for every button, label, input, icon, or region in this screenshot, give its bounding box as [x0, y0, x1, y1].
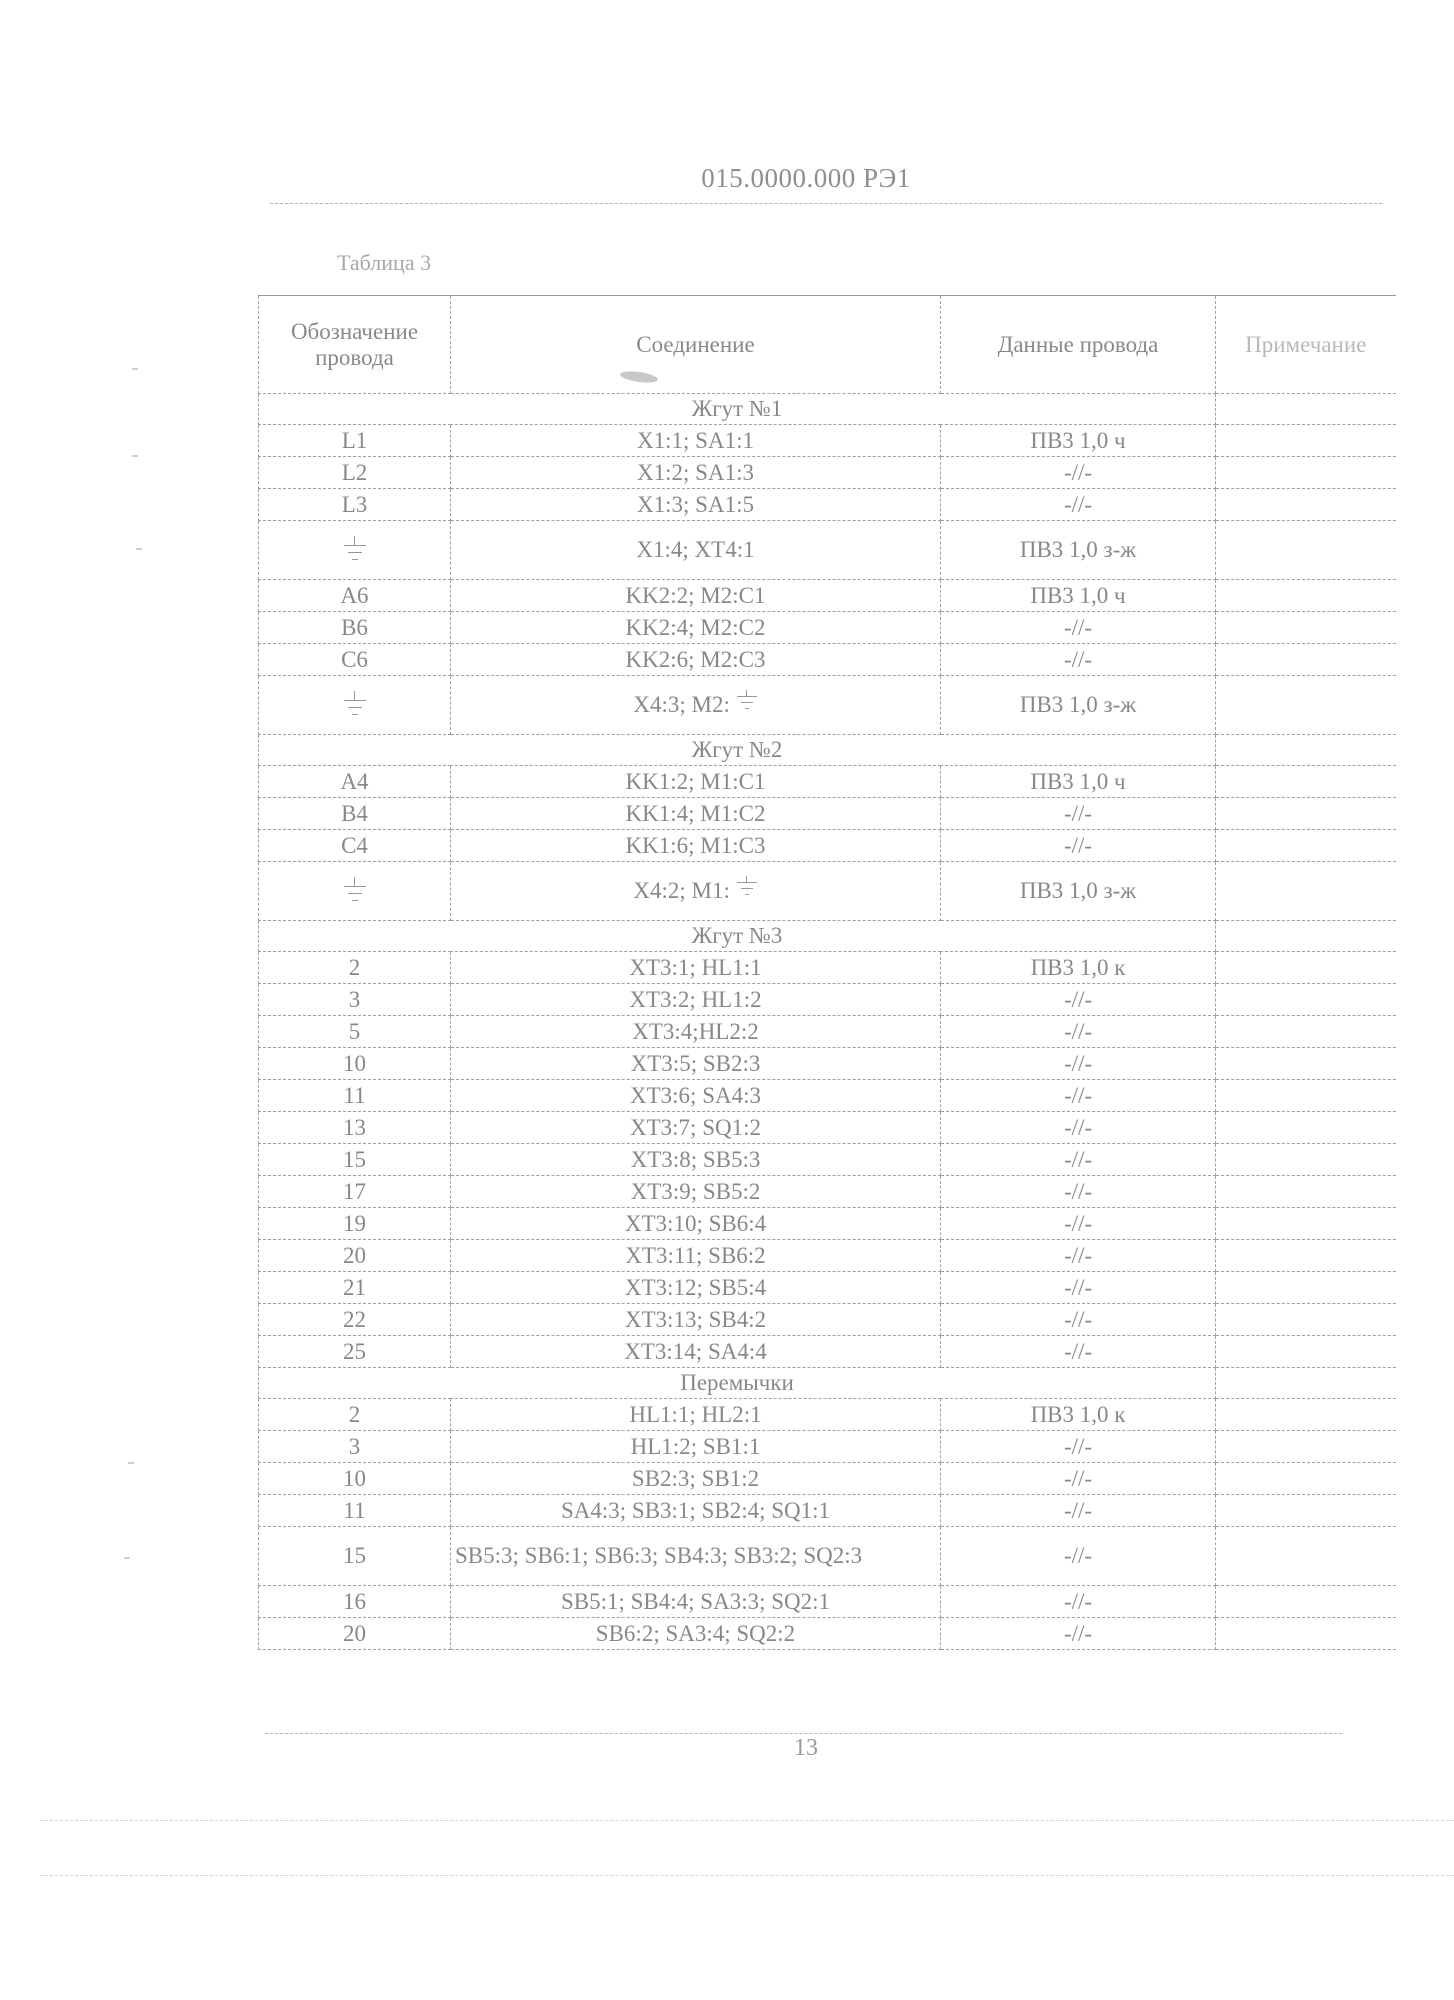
group-title: Перемычки: [259, 1368, 1216, 1399]
table-row: B6KK2:4; M2:C2-//-: [259, 612, 1396, 644]
column-header-connection: Соединение: [451, 296, 941, 394]
note-cell: [1216, 489, 1396, 521]
wire-data-cell: -//-: [941, 1463, 1216, 1495]
connection-cell: XT3:9; SB5:2: [451, 1176, 941, 1208]
table-row: 3HL1:2; SB1:1-//-: [259, 1431, 1396, 1463]
table-row: X4:3; M2: ПВ3 1,0 з-ж: [259, 676, 1396, 735]
connection-cell: KK2:2; M2:C1: [451, 580, 941, 612]
ground-icon: [736, 876, 758, 898]
note-cell: [1216, 862, 1396, 921]
wire-data-cell: -//-: [941, 830, 1216, 862]
connection-cell: KK1:4; M1:C2: [451, 798, 941, 830]
designation-cell: 11: [259, 1495, 451, 1527]
designation-cell: 11: [259, 1080, 451, 1112]
wire-data-cell: -//-: [941, 1208, 1216, 1240]
designation-cell: 10: [259, 1463, 451, 1495]
table-row: L1X1:1; SA1:1ПВ3 1,0 ч: [259, 425, 1396, 457]
wire-data-cell: -//-: [941, 612, 1216, 644]
designation-cell: 16: [259, 1586, 451, 1618]
designation-cell: 17: [259, 1176, 451, 1208]
table-row: 21XT3:12; SB5:4-//-: [259, 1272, 1396, 1304]
table-row: C6KK2:6; M2:C3-//-: [259, 644, 1396, 676]
connection-text: X4:3; M2:: [633, 692, 729, 717]
table-row: B4KK1:4; M1:C2-//-: [259, 798, 1396, 830]
table-row: 10XT3:5; SB2:3-//-: [259, 1048, 1396, 1080]
note-cell: [1216, 644, 1396, 676]
table-row: X1:4; XT4:1ПВ3 1,0 з-ж: [259, 521, 1396, 580]
note-cell: [1216, 1016, 1396, 1048]
designation-cell: 3: [259, 984, 451, 1016]
note-cell: [1216, 1527, 1396, 1586]
note-cell: [1216, 1431, 1396, 1463]
designation-cell: 20: [259, 1240, 451, 1272]
note-cell: [1216, 921, 1396, 952]
note-cell: [1216, 1495, 1396, 1527]
wire-data-cell: -//-: [941, 457, 1216, 489]
wire-data-cell: ПВ3 1,0 ч: [941, 425, 1216, 457]
connection-cell: XT3:10; SB6:4: [451, 1208, 941, 1240]
margin-mark: [128, 1462, 134, 1464]
table-row: 10SB2:3; SB1:2-//-: [259, 1463, 1396, 1495]
designation-cell: C6: [259, 644, 451, 676]
note-cell: [1216, 1463, 1396, 1495]
column-header-wire-data: Данные провода: [941, 296, 1216, 394]
table-row: 2XT3:1; HL1:1ПВ3 1,0 к: [259, 952, 1396, 984]
wire-data-cell: -//-: [941, 798, 1216, 830]
connection-cell: XT3:1; HL1:1: [451, 952, 941, 984]
scan-line: [40, 1820, 1454, 1821]
wire-data-cell: -//-: [941, 1336, 1216, 1368]
ground-icon: [736, 690, 758, 712]
margin-mark: [124, 1557, 130, 1559]
table-body: Жгут №1L1X1:1; SA1:1ПВ3 1,0 чL2X1:2; SA1…: [259, 394, 1396, 1650]
wire-connection-table: Обозначение провода Соединение Данные пр…: [258, 295, 1396, 1650]
connection-cell: SB5:3; SB6:1; SB6:3; SB4:3; SB3:2; SQ2:3: [451, 1527, 941, 1586]
table-row: 11SA4:3; SB3:1; SB2:4; SQ1:1-//-: [259, 1495, 1396, 1527]
group-title: Жгут №1: [259, 394, 1216, 425]
wire-data-cell: -//-: [941, 1112, 1216, 1144]
note-cell: [1216, 1048, 1396, 1080]
designation-cell: C4: [259, 830, 451, 862]
connection-cell: HL1:2; SB1:1: [451, 1431, 941, 1463]
column-header-note: Примечание: [1216, 296, 1396, 394]
connection-cell: XT3:4;HL2:2: [451, 1016, 941, 1048]
connection-cell: XT3:14; SA4:4: [451, 1336, 941, 1368]
table-row: L2X1:2; SA1:3-//-: [259, 457, 1396, 489]
column-header-designation: Обозначение провода: [259, 296, 451, 394]
designation-cell: 22: [259, 1304, 451, 1336]
connection-cell: XT3:5; SB2:3: [451, 1048, 941, 1080]
connection-cell: SB6:2; SA3:4; SQ2:2: [451, 1618, 941, 1650]
table-row: 15XT3:8; SB5:3-//-: [259, 1144, 1396, 1176]
connection-cell: XT3:2; HL1:2: [451, 984, 941, 1016]
wire-data-cell: ПВ3 1,0 к: [941, 1399, 1216, 1431]
note-cell: [1216, 1144, 1396, 1176]
note-cell: [1216, 1368, 1396, 1399]
scan-line: [40, 1875, 1454, 1876]
designation-cell: 15: [259, 1144, 451, 1176]
margin-mark: [136, 548, 142, 550]
wire-data-cell: -//-: [941, 644, 1216, 676]
connection-text: X4:2; M1:: [633, 878, 729, 903]
wire-data-cell: -//-: [941, 1431, 1216, 1463]
designation-cell: A6: [259, 580, 451, 612]
note-cell: [1216, 1240, 1396, 1272]
group-header-row: Жгут №1: [259, 394, 1396, 425]
designation-cell: 25: [259, 1336, 451, 1368]
wire-data-cell: -//-: [941, 1144, 1216, 1176]
wire-data-cell: ПВ3 1,0 з-ж: [941, 862, 1216, 921]
connection-cell: X4:2; M1:: [451, 862, 941, 921]
footer-rule: [265, 1733, 1342, 1734]
group-header-row: Жгут №2: [259, 735, 1396, 766]
designation-cell: 20: [259, 1618, 451, 1650]
table-row: X4:2; M1: ПВ3 1,0 з-ж: [259, 862, 1396, 921]
wire-data-cell: -//-: [941, 1080, 1216, 1112]
note-cell: [1216, 735, 1396, 766]
note-cell: [1216, 1304, 1396, 1336]
connection-cell: HL1:1; HL2:1: [451, 1399, 941, 1431]
document-code: 015.0000.000 РЭ1: [0, 163, 1454, 194]
note-cell: [1216, 984, 1396, 1016]
note-cell: [1216, 952, 1396, 984]
designation-cell: [259, 862, 451, 921]
connection-cell: KK2:4; M2:C2: [451, 612, 941, 644]
designation-cell: 13: [259, 1112, 451, 1144]
wire-data-cell: -//-: [941, 1016, 1216, 1048]
ground-icon: [342, 877, 368, 905]
table-row: 17XT3:9; SB5:2-//-: [259, 1176, 1396, 1208]
wire-data-cell: -//-: [941, 984, 1216, 1016]
designation-cell: 10: [259, 1048, 451, 1080]
designation-cell: 21: [259, 1272, 451, 1304]
connection-cell: XT3:7; SQ1:2: [451, 1112, 941, 1144]
wire-data-cell: ПВ3 1,0 к: [941, 952, 1216, 984]
note-cell: [1216, 580, 1396, 612]
note-cell: [1216, 1272, 1396, 1304]
designation-cell: 2: [259, 952, 451, 984]
table-row: 11XT3:6; SA4:3-//-: [259, 1080, 1396, 1112]
note-cell: [1216, 1176, 1396, 1208]
note-cell: [1216, 1586, 1396, 1618]
connection-cell: KK2:6; M2:C3: [451, 644, 941, 676]
connection-cell: X1:4; XT4:1: [451, 521, 941, 580]
connection-cell: X1:1; SA1:1: [451, 425, 941, 457]
wire-data-cell: -//-: [941, 1240, 1216, 1272]
note-cell: [1216, 830, 1396, 862]
group-title: Жгут №2: [259, 735, 1216, 766]
note-cell: [1216, 1208, 1396, 1240]
table-row: A4KK1:2; M1:C1ПВ3 1,0 ч: [259, 766, 1396, 798]
table-row: 2HL1:1; HL2:1ПВ3 1,0 к: [259, 1399, 1396, 1431]
wire-data-cell: -//-: [941, 1586, 1216, 1618]
connection-cell: XT3:11; SB6:2: [451, 1240, 941, 1272]
designation-cell: 2: [259, 1399, 451, 1431]
note-cell: [1216, 394, 1396, 425]
wire-data-cell: -//-: [941, 1176, 1216, 1208]
designation-cell: L2: [259, 457, 451, 489]
ground-icon: [342, 691, 368, 719]
designation-cell: [259, 676, 451, 735]
table-row: 20SB6:2; SA3:4; SQ2:2-//-: [259, 1618, 1396, 1650]
table-row: 16SB5:1; SB4:4; SA3:3; SQ2:1-//-: [259, 1586, 1396, 1618]
note-cell: [1216, 1399, 1396, 1431]
table-caption: Таблица 3: [337, 250, 431, 276]
table-row: A6KK2:2; M2:C1ПВ3 1,0 ч: [259, 580, 1396, 612]
ground-icon: [342, 536, 368, 564]
designation-cell: 19: [259, 1208, 451, 1240]
note-cell: [1216, 457, 1396, 489]
note-cell: [1216, 612, 1396, 644]
note-cell: [1216, 676, 1396, 735]
wire-data-cell: -//-: [941, 1527, 1216, 1586]
wire-data-cell: -//-: [941, 1495, 1216, 1527]
designation-cell: [259, 521, 451, 580]
wire-data-cell: ПВ3 1,0 ч: [941, 766, 1216, 798]
table-row: L3X1:3; SA1:5-//-: [259, 489, 1396, 521]
note-cell: [1216, 798, 1396, 830]
designation-cell: L1: [259, 425, 451, 457]
connection-cell: SB2:3; SB1:2: [451, 1463, 941, 1495]
margin-mark: [132, 455, 138, 457]
table-row: 5XT3:4;HL2:2-//-: [259, 1016, 1396, 1048]
connection-cell: X4:3; M2:: [451, 676, 941, 735]
connection-cell: X1:3; SA1:5: [451, 489, 941, 521]
group-title: Жгут №3: [259, 921, 1216, 952]
wire-data-cell: ПВ3 1,0 ч: [941, 580, 1216, 612]
table-row: 19XT3:10; SB6:4-//-: [259, 1208, 1396, 1240]
wire-data-cell: ПВ3 1,0 з-ж: [941, 676, 1216, 735]
wire-data-cell: -//-: [941, 1304, 1216, 1336]
connection-cell: X1:2; SA1:3: [451, 457, 941, 489]
note-cell: [1216, 425, 1396, 457]
connection-cell: KK1:6; M1:C3: [451, 830, 941, 862]
table-header-row: Обозначение провода Соединение Данные пр…: [259, 296, 1396, 394]
group-header-row: Жгут №3: [259, 921, 1396, 952]
connection-cell: XT3:6; SA4:3: [451, 1080, 941, 1112]
wire-data-cell: -//-: [941, 1048, 1216, 1080]
group-header-row: Перемычки: [259, 1368, 1396, 1399]
table-row: C4KK1:6; M1:C3-//-: [259, 830, 1396, 862]
note-cell: [1216, 1112, 1396, 1144]
table-row: 25XT3:14; SA4:4-//-: [259, 1336, 1396, 1368]
note-cell: [1216, 766, 1396, 798]
wire-data-cell: ПВ3 1,0 з-ж: [941, 521, 1216, 580]
wire-data-cell: -//-: [941, 1272, 1216, 1304]
designation-cell: 5: [259, 1016, 451, 1048]
header-rule: [270, 203, 1382, 204]
designation-cell: 15: [259, 1527, 451, 1586]
note-cell: [1216, 1618, 1396, 1650]
note-cell: [1216, 1336, 1396, 1368]
connection-cell: XT3:8; SB5:3: [451, 1144, 941, 1176]
connection-cell: SA4:3; SB3:1; SB2:4; SQ1:1: [451, 1495, 941, 1527]
note-cell: [1216, 1080, 1396, 1112]
wire-data-cell: -//-: [941, 489, 1216, 521]
table-row: 13XT3:7; SQ1:2-//-: [259, 1112, 1396, 1144]
table-row: 3XT3:2; HL1:2-//-: [259, 984, 1396, 1016]
connection-cell: KK1:2; M1:C1: [451, 766, 941, 798]
connection-cell: SB5:1; SB4:4; SA3:3; SQ2:1: [451, 1586, 941, 1618]
table-row: 22XT3:13; SB4:2-//-: [259, 1304, 1396, 1336]
page-number: 13: [0, 1735, 1454, 1762]
connection-cell: XT3:13; SB4:2: [451, 1304, 941, 1336]
designation-cell: A4: [259, 766, 451, 798]
table-row: 20XT3:11; SB6:2-//-: [259, 1240, 1396, 1272]
connection-cell: XT3:12; SB5:4: [451, 1272, 941, 1304]
designation-cell: B6: [259, 612, 451, 644]
table-row: 15SB5:3; SB6:1; SB6:3; SB4:3; SB3:2; SQ2…: [259, 1527, 1396, 1586]
designation-cell: 3: [259, 1431, 451, 1463]
margin-mark: [132, 368, 138, 370]
wire-data-cell: -//-: [941, 1618, 1216, 1650]
designation-cell: B4: [259, 798, 451, 830]
designation-cell: L3: [259, 489, 451, 521]
note-cell: [1216, 521, 1396, 580]
